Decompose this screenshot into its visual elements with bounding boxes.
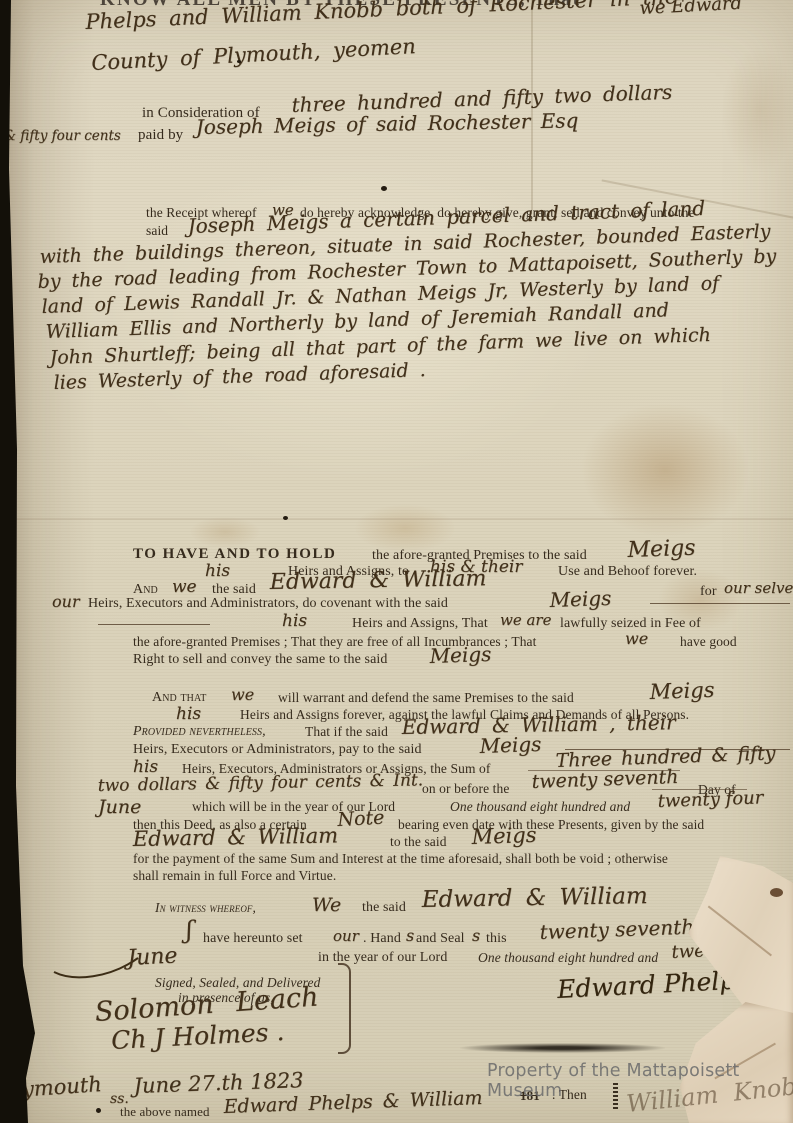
handwritten-his-3: his xyxy=(176,704,201,724)
handwritten-plural-s-1: s xyxy=(406,926,414,945)
printed-this-word: this xyxy=(486,931,507,947)
blank-rule-2 xyxy=(98,624,210,625)
printed-habendum-d: Heirs, Executors and Administrators, do … xyxy=(88,596,448,612)
handwritten-note: Note xyxy=(337,807,385,831)
printed-the-said-2: the said xyxy=(362,900,406,916)
witness-bracket xyxy=(338,963,351,1054)
handwritten-due-year: twenty four xyxy=(657,787,763,812)
printed-habendum-h: have good xyxy=(680,634,737,650)
handwritten-we-are: we are xyxy=(500,611,551,629)
ink-speck xyxy=(237,60,241,63)
printed-proviso-g: bearing even date with these Presents, g… xyxy=(398,817,704,833)
printed-provided-nevertheless: Provided nevertheless, xyxy=(133,724,266,740)
handwritten-his-1: his xyxy=(205,561,230,581)
printed-testimonium-a: have hereunto set xyxy=(203,931,303,947)
handwritten-we-2: we xyxy=(625,629,648,648)
handwritten-edward-william-1: Edward & William xyxy=(270,566,487,595)
handwritten-we-witness: We xyxy=(312,894,341,916)
printed-and-seal: and Seal xyxy=(416,931,465,947)
printed-year-italic-2: One thousand eight hundred and xyxy=(478,950,658,966)
printed-in-witness: In witness whereof, xyxy=(155,900,256,916)
handwritten-meigs-1: Meigs xyxy=(627,536,696,563)
patch-dark-notch xyxy=(770,888,783,897)
handwritten-we-covenant: we xyxy=(172,577,197,597)
handwritten-signing-month: June xyxy=(127,943,178,971)
handwritten-our: our xyxy=(333,927,359,945)
handwritten-meigs-5: Meigs xyxy=(479,732,542,758)
handwritten-meigs-3: Meigs xyxy=(429,642,492,668)
ink-speck xyxy=(96,1108,101,1113)
pen-flourish-mark: ʃ xyxy=(186,916,193,944)
handwritten-we-warrant: we xyxy=(231,685,254,704)
printed-said: said xyxy=(146,223,168,239)
handwritten-meigs-2: Meigs xyxy=(549,586,612,612)
handwritten-parties-3: Edward & William xyxy=(422,883,648,913)
handwritten-his-2: his xyxy=(282,611,307,631)
printed-on-or-before: on or before the xyxy=(422,781,509,797)
printed-proviso-b: Heirs, Executors or Administrators, pay … xyxy=(133,742,422,758)
handwritten-meigs-4: Meigs xyxy=(649,678,715,704)
printed-for: for xyxy=(700,584,717,600)
printed-habendum-c: Use and Behoof forever. xyxy=(558,564,697,580)
printed-habendum-i: Right to sell and convey the same to the… xyxy=(133,652,388,668)
handwritten-parties-2: Edward & William xyxy=(133,823,339,851)
printed-hand-word: . Hand xyxy=(363,931,401,947)
handwritten-margin-our: our xyxy=(52,592,80,611)
handwritten-our-selves: our selves xyxy=(724,579,793,597)
ink-speck xyxy=(381,186,387,191)
deed-document-scan: KNOW ALL MEN BY THESE PRESENTS, That we … xyxy=(0,0,793,1123)
printed-proviso-a: That if the said xyxy=(305,724,388,740)
printed-to-the-said: to the said xyxy=(390,834,447,850)
printed-habendum-e: Heirs and Assigns, That xyxy=(352,616,488,632)
printed-proviso-i: for the payment of the same Sum and Inte… xyxy=(133,851,668,867)
ink-smear xyxy=(460,1043,665,1053)
handwritten-margin-cents: & fifty four cents xyxy=(4,128,121,144)
blank-rule-1 xyxy=(650,603,790,604)
printed-paid-by: paid by xyxy=(138,127,183,144)
printed-warranty-a: will warrant and defend the same Premise… xyxy=(278,690,574,706)
museum-watermark: Property of the Mattapoisett Museum xyxy=(487,1061,793,1101)
handwritten-due-month: June xyxy=(98,796,141,818)
printed-to-have-caps: TO HAVE AND TO HOLD xyxy=(133,546,336,563)
ink-speck xyxy=(283,516,288,520)
handwritten-meigs-6: Meigs xyxy=(471,823,537,849)
printed-above-named: the above named xyxy=(120,1104,210,1120)
printed-year-italic-1: One thousand eight hundred and xyxy=(450,799,630,815)
handwritten-plural-s-2: s xyxy=(472,926,480,945)
printed-proviso-j: shall remain in full Force and Virtue. xyxy=(133,868,336,884)
